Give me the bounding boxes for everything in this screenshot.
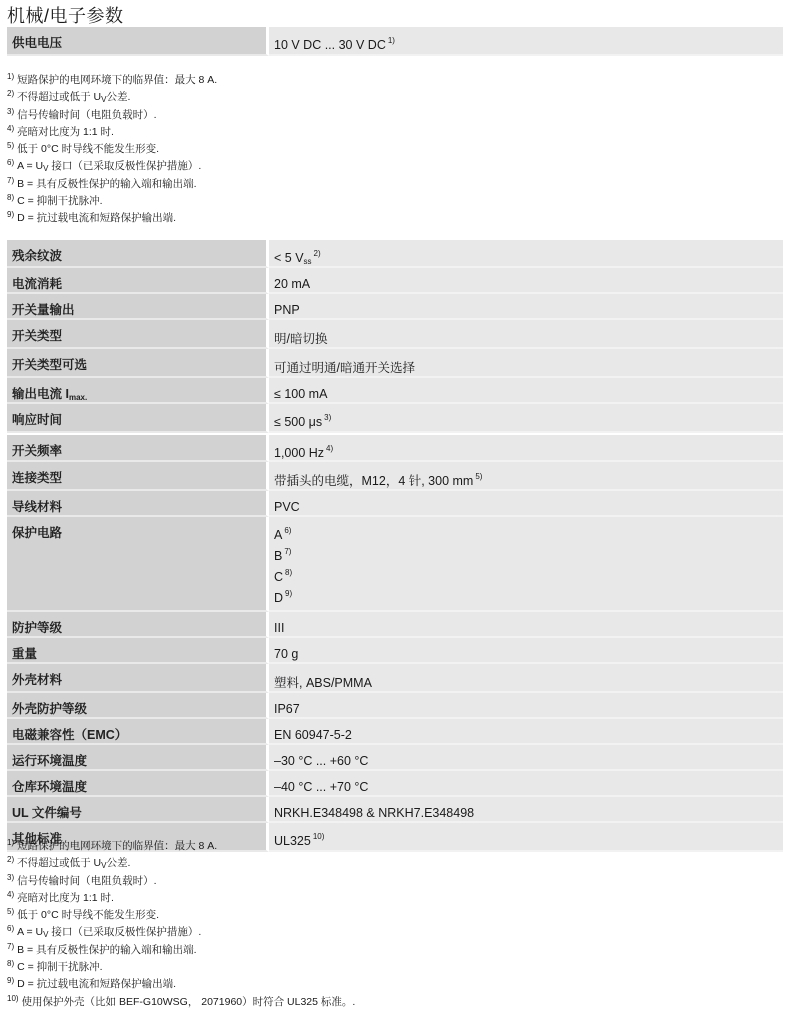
footnote-number: 9) <box>7 976 14 985</box>
spec-value: IP67 <box>269 693 783 719</box>
spec-row-protection-class: 防护等级 III <box>7 612 783 638</box>
footnote-text: 亮暗对比度为 1:1 时. <box>17 892 114 904</box>
protection-item: B7) <box>274 547 783 568</box>
value-text: 1,000 Hz <box>274 446 324 460</box>
footnote: 8)C = 抑制干扰脉冲. <box>7 955 355 972</box>
footnote: 1)短路保护的电网环境下的临界值：最大 8 A. <box>7 834 355 851</box>
spec-row-switch-select: 开关类型可选 可通过明通/暗通开关选择 <box>7 349 783 378</box>
spec-row-supply-voltage: 供电电压 10 V DC ... 30 V DC1) <box>7 27 783 56</box>
footnote-number: 2) <box>7 89 14 98</box>
subscript: ss <box>304 257 312 266</box>
spec-row-protection-circuit: 保护电路 A6) B7) C8) D9) <box>7 517 783 612</box>
footnote: 4)亮暗对比度为 1:1 时. <box>7 886 355 903</box>
spec-row-output-current: 输出电流 Imax. ≤ 100 mA <box>7 378 783 404</box>
footnote-text: D = 抗过载电流和短路保护输出端. <box>17 978 176 990</box>
footnote-text: 公差. <box>106 91 130 103</box>
footnote: 6)A = UV 接口（已采取反极性保护措施）. <box>7 920 355 937</box>
footnote: 7)B = 具有反极性保护的输入端和输出端. <box>7 938 355 955</box>
spec-value: 1,000 Hz4) <box>269 433 783 462</box>
footnote-text: 亮暗对比度为 1:1 时. <box>17 126 114 138</box>
footnote-number: 6) <box>7 924 14 933</box>
footnote-text: A = U <box>17 160 43 172</box>
spec-table-main: 残余纹波 < 5 Vss2) 电流消耗 20 mA 开关量输出 PNP 开关类型… <box>7 240 783 852</box>
spec-value: NRKH.E348498 & NRKH7.E348498 <box>269 797 783 823</box>
footnote-number: 7) <box>7 176 14 185</box>
footnote-ref: 7) <box>284 547 291 556</box>
footnote-text: 信号传输时间（电阻负载时）. <box>17 109 156 121</box>
spec-label: 响应时间 <box>7 404 269 433</box>
footnotes-top: 1)短路保护的电网环境下的临界值：最大 8 A. 2)不得超过或低于 UV公差.… <box>7 68 217 224</box>
footnote-number: 8) <box>7 959 14 968</box>
spec-label: 仓库环境温度 <box>7 771 269 797</box>
footnote-text: D = 抗过载电流和短路保护输出端. <box>17 212 176 224</box>
footnote-ref: 9) <box>285 589 292 598</box>
spec-value: –30 °C ... +60 °C <box>269 745 783 771</box>
spec-label: 开关频率 <box>7 433 269 462</box>
spec-value: ≤ 100 mA <box>269 378 783 404</box>
footnote-ref: 3) <box>324 413 331 422</box>
spec-row-connection: 连接类型 带插头的电缆，M12，4 针, 300 mm5) <box>7 462 783 491</box>
spec-row-housing-rating: 外壳防护等级 IP67 <box>7 693 783 719</box>
spec-label: 外壳材料 <box>7 664 269 693</box>
footnotes-bottom: 1)短路保护的电网环境下的临界值：最大 8 A. 2)不得超过或低于 UV公差.… <box>7 834 355 1007</box>
footnote: 9)D = 抗过载电流和短路保护输出端. <box>7 206 217 223</box>
spec-row-frequency: 开关频率 1,000 Hz4) <box>7 433 783 462</box>
footnote-text: B = 具有反极性保护的输入端和输出端. <box>17 178 196 190</box>
footnote-text: 低于 0°C 时导线不能发生形变. <box>17 143 159 155</box>
footnote-ref: 1) <box>388 36 395 45</box>
footnote-text: 短路保护的电网环境下的临界值：最大 8 A. <box>17 840 217 852</box>
footnote-ref: 2) <box>314 249 321 258</box>
spec-row-switch-output: 开关量输出 PNP <box>7 294 783 320</box>
footnote: 10)使用保护外壳（比如 BEF-G10WSG， 2071960）时符合 UL3… <box>7 990 355 1007</box>
footnote-text: C = 抑制干扰脉冲. <box>17 195 102 207</box>
spec-row-wire: 导线材料 PVC <box>7 491 783 517</box>
footnote: 9)D = 抗过载电流和短路保护输出端. <box>7 972 355 989</box>
protection-item: D9) <box>274 589 783 610</box>
footnote-text: C = 抑制干扰脉冲. <box>17 961 102 973</box>
spec-label: 保护电路 <box>7 517 269 612</box>
footnote-number: 3) <box>7 107 14 116</box>
footnote: 6)A = UV 接口（已采取反极性保护措施）. <box>7 154 217 171</box>
value-text: < 5 V <box>274 251 304 265</box>
spec-label: 重量 <box>7 638 269 664</box>
footnote: 2)不得超过或低于 UV公差. <box>7 85 217 102</box>
value-text: A <box>274 528 282 542</box>
spec-label: 电磁兼容性（EMC） <box>7 719 269 745</box>
spec-label: 电流消耗 <box>7 268 269 294</box>
footnote-number: 4) <box>7 124 14 133</box>
spec-label: UL 文件编号 <box>7 797 269 823</box>
spec-value: 20 mA <box>269 268 783 294</box>
spec-label: 残余纹波 <box>7 240 269 268</box>
spec-row-ripple: 残余纹波 < 5 Vss2) <box>7 240 783 268</box>
spec-value: 塑料, ABS/PMMA <box>269 664 783 693</box>
spec-label: 输出电流 Imax. <box>7 378 269 404</box>
spec-table-supply: 供电电压 10 V DC ... 30 V DC1) <box>7 27 783 56</box>
footnote-text: 短路保护的电网环境下的临界值：最大 8 A. <box>17 74 217 86</box>
spec-value: 明/暗切换 <box>269 320 783 349</box>
footnote-number: 1) <box>7 838 14 847</box>
footnote-ref: 6) <box>284 526 291 535</box>
spec-value: ≤ 500 μs3) <box>269 404 783 433</box>
footnote-text: 不得超过或低于 U <box>17 857 101 869</box>
footnote-ref: 8) <box>285 568 292 577</box>
spec-row-current: 电流消耗 20 mA <box>7 268 783 294</box>
spec-label: 开关量输出 <box>7 294 269 320</box>
spec-row-operating-temp: 运行环境温度 –30 °C ... +60 °C <box>7 745 783 771</box>
footnote-number: 6) <box>7 158 14 167</box>
footnote-number: 9) <box>7 210 14 219</box>
spec-label: 导线材料 <box>7 491 269 517</box>
value-text: C <box>274 570 283 584</box>
footnote-number: 4) <box>7 890 14 899</box>
footnote-number: 3) <box>7 873 14 882</box>
section-title: 机械/电子参数 <box>7 2 124 28</box>
spec-row-response-time: 响应时间 ≤ 500 μs3) <box>7 404 783 433</box>
spec-label: 防护等级 <box>7 612 269 638</box>
footnote: 5)低于 0°C 时导线不能发生形变. <box>7 903 355 920</box>
footnote: 5)低于 0°C 时导线不能发生形变. <box>7 137 217 154</box>
spec-value: –40 °C ... +70 °C <box>269 771 783 797</box>
footnote-text: B = 具有反极性保护的输入端和输出端. <box>17 944 196 956</box>
footnote-number: 5) <box>7 907 14 916</box>
spec-value: 10 V DC ... 30 V DC1) <box>269 27 783 56</box>
footnote-number: 7) <box>7 942 14 951</box>
footnote: 3)信号传输时间（电阻负载时）. <box>7 103 217 120</box>
footnote-number: 2) <box>7 855 14 864</box>
footnote-text: 使用保护外壳（比如 BEF-G10WSG， 2071960）时符合 UL325 … <box>22 996 356 1008</box>
spec-label: 供电电压 <box>7 27 269 56</box>
footnote-text: 不得超过或低于 U <box>17 91 101 103</box>
footnote-number: 8) <box>7 193 14 202</box>
spec-row-storage-temp: 仓库环境温度 –40 °C ... +70 °C <box>7 771 783 797</box>
footnote-ref: 4) <box>326 444 333 453</box>
spec-label: 开关类型可选 <box>7 349 269 378</box>
footnote-ref: 5) <box>475 472 482 481</box>
footnote: 1)短路保护的电网环境下的临界值：最大 8 A. <box>7 68 217 85</box>
spec-row-switch-type: 开关类型 明/暗切换 <box>7 320 783 349</box>
spec-value: 带插头的电缆，M12，4 针, 300 mm5) <box>269 462 783 491</box>
spec-value: PNP <box>269 294 783 320</box>
footnote-text: 接口（已采取反极性保护措施）. <box>48 160 201 172</box>
spec-value: 可通过明通/暗通开关选择 <box>269 349 783 378</box>
value-text: 带插头的电缆，M12，4 针, 300 mm <box>274 474 473 488</box>
footnote: 7)B = 具有反极性保护的输入端和输出端. <box>7 172 217 189</box>
protection-item: A6) <box>274 526 783 547</box>
spec-value: 70 g <box>269 638 783 664</box>
footnote: 2)不得超过或低于 UV公差. <box>7 851 355 868</box>
value-text: 10 V DC ... 30 V DC <box>274 38 386 52</box>
footnote: 3)信号传输时间（电阻负载时）. <box>7 869 355 886</box>
spec-label: 运行环境温度 <box>7 745 269 771</box>
label-text: 输出电流 I <box>12 387 69 401</box>
protection-item: C8) <box>274 568 783 589</box>
spec-row-emc: 电磁兼容性（EMC） EN 60947-5-2 <box>7 719 783 745</box>
spec-row-housing-material: 外壳材料 塑料, ABS/PMMA <box>7 664 783 693</box>
spec-value: < 5 Vss2) <box>269 240 783 268</box>
value-text: ≤ 500 μs <box>274 415 322 429</box>
subscript: max. <box>69 393 87 402</box>
spec-label: 开关类型 <box>7 320 269 349</box>
spec-row-ul-file: UL 文件编号 NRKH.E348498 & NRKH7.E348498 <box>7 797 783 823</box>
footnote-text: 信号传输时间（电阻负载时）. <box>17 875 156 887</box>
value-text: D <box>274 591 283 605</box>
footnote-text: A = U <box>17 926 43 938</box>
spec-value: EN 60947-5-2 <box>269 719 783 745</box>
spec-value: PVC <box>269 491 783 517</box>
spec-label: 连接类型 <box>7 462 269 491</box>
spec-label: 外壳防护等级 <box>7 693 269 719</box>
footnote-number: 10) <box>7 994 19 1003</box>
footnote: 8)C = 抑制干扰脉冲. <box>7 189 217 206</box>
spec-value: III <box>269 612 783 638</box>
footnote-text: 低于 0°C 时导线不能发生形变. <box>17 909 159 921</box>
spec-row-weight: 重量 70 g <box>7 638 783 664</box>
footnote-number: 5) <box>7 141 14 150</box>
value-text: B <box>274 549 282 563</box>
footnote-number: 1) <box>7 72 14 81</box>
footnote-text: 公差. <box>106 857 130 869</box>
footnote: 4)亮暗对比度为 1:1 时. <box>7 120 217 137</box>
spec-value: A6) B7) C8) D9) <box>269 517 783 612</box>
footnote-text: 接口（已采取反极性保护措施）. <box>48 926 201 938</box>
